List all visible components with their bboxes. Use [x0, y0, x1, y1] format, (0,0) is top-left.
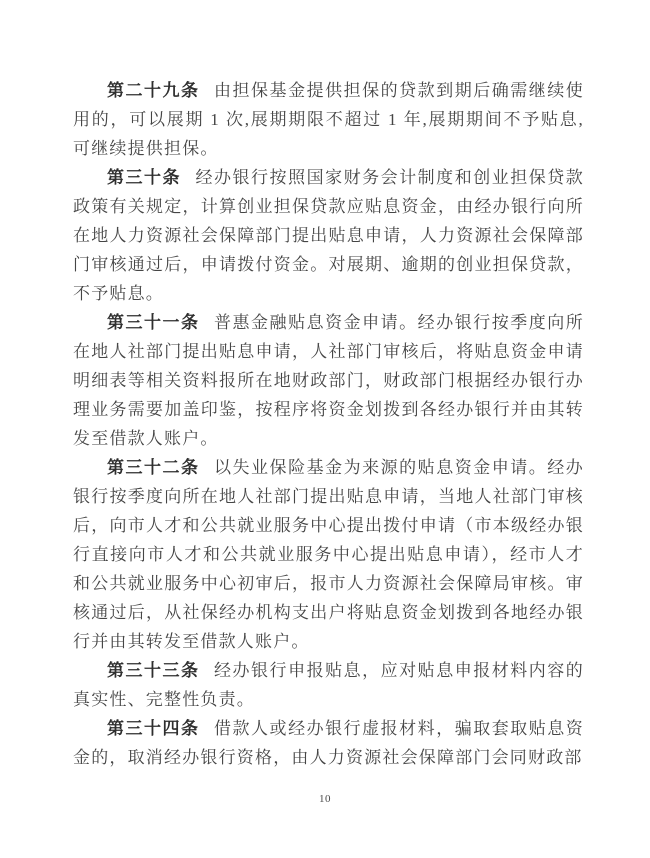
text-block: 第二十九条由担保基金提供担保的贷款到期后确需继续使用的，可以展期 1 次,展期期…: [73, 76, 584, 772]
article-33-number: 第三十三条: [107, 661, 200, 680]
article-32-text: 以失业保险基金为来源的贴息资金申请。经办银行按季度向所在地人社部门提出贴息申请，…: [73, 458, 584, 651]
article-30-number: 第三十条: [107, 168, 181, 187]
article-30-paragraph: 第三十条经办银行按照国家财务会计制度和创业担保贷款政策有关规定，计算创业担保贷款…: [73, 163, 584, 308]
article-31-number: 第三十一条: [107, 313, 200, 332]
article-31-text: 普惠金融贴息资金申请。经办银行按季度向所在地人社部门提出贴息申请，人社部门审核后…: [73, 313, 584, 448]
page-number: 10: [0, 792, 650, 806]
article-31-paragraph: 第三十一条普惠金融贴息资金申请。经办银行按季度向所在地人社部门提出贴息申请，人社…: [73, 308, 584, 453]
article-29-paragraph: 第二十九条由担保基金提供担保的贷款到期后确需继续使用的，可以展期 1 次,展期期…: [73, 76, 584, 163]
article-32-number: 第三十二条: [107, 458, 200, 477]
document-page: 第二十九条由担保基金提供担保的贷款到期后确需继续使用的，可以展期 1 次,展期期…: [0, 0, 650, 858]
article-33-paragraph: 第三十三条经办银行申报贴息，应对贴息申报材料内容的真实性、完整性负责。: [73, 656, 584, 714]
article-30-text: 经办银行按照国家财务会计制度和创业担保贷款政策有关规定，计算创业担保贷款应贴息资…: [73, 168, 584, 303]
article-34-number: 第三十四条: [107, 719, 200, 738]
article-29-number: 第二十九条: [107, 81, 200, 100]
article-34-paragraph: 第三十四条借款人或经办银行虚报材料，骗取套取贴息资金的，取消经办银行资格，由人力…: [73, 714, 584, 772]
article-32-paragraph: 第三十二条以失业保险基金为来源的贴息资金申请。经办银行按季度向所在地人社部门提出…: [73, 453, 584, 656]
